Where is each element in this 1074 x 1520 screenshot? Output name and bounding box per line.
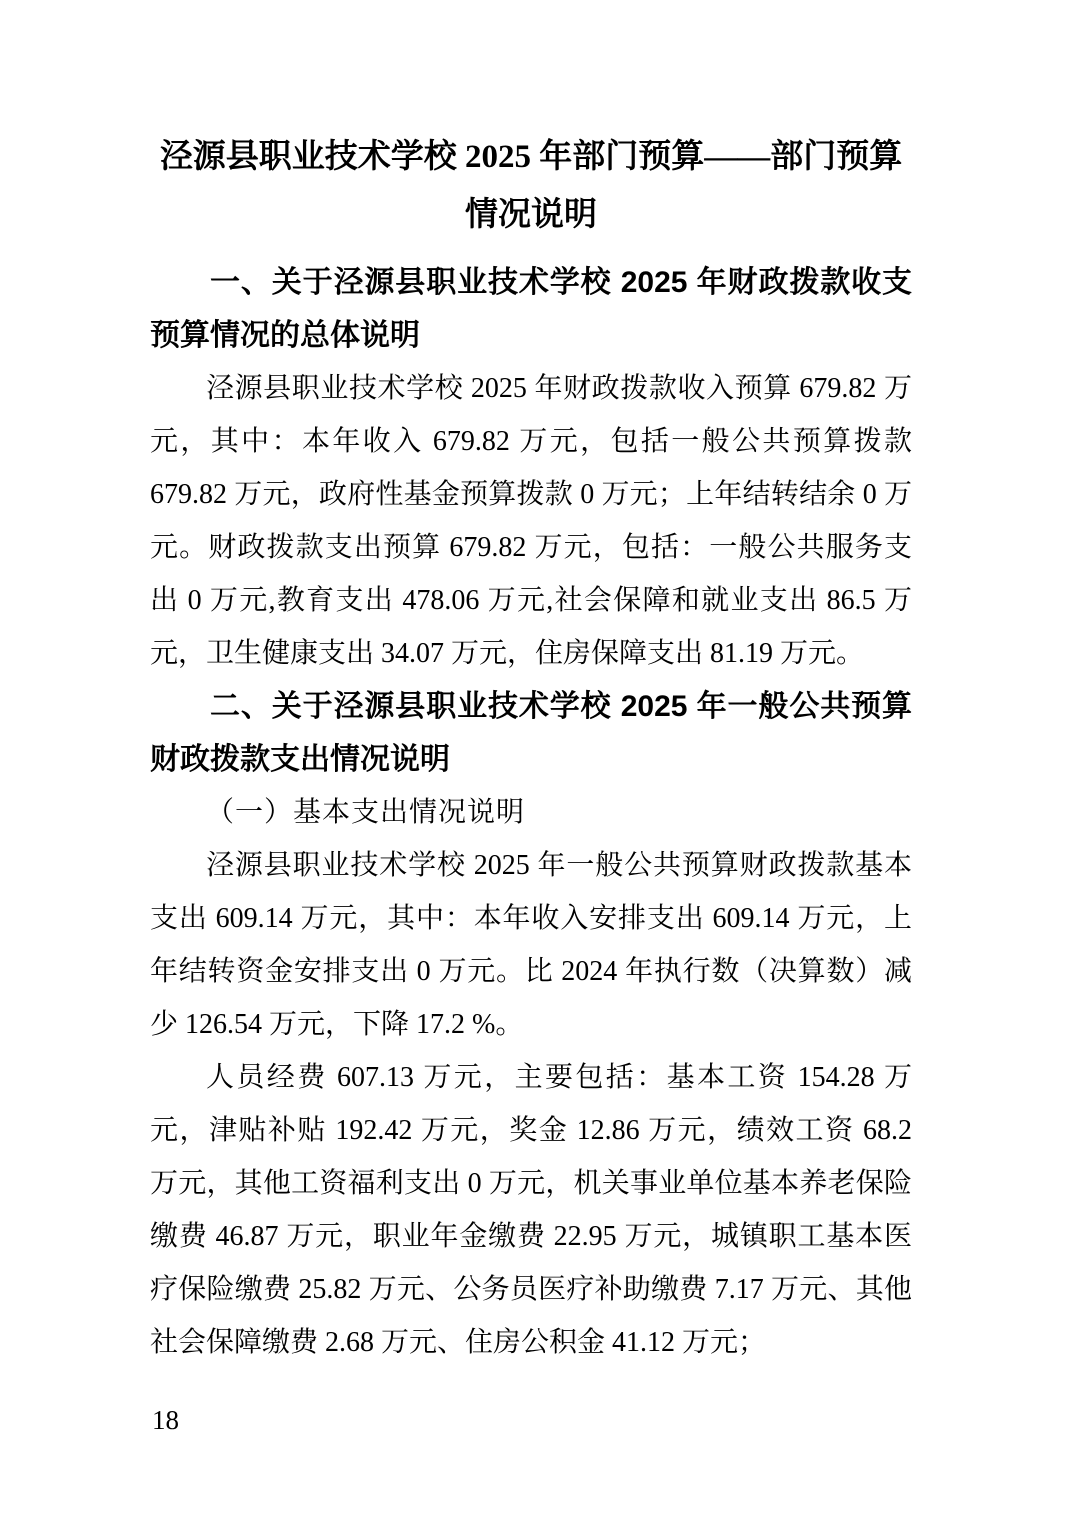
document-title-line-1: 泾源县职业技术学校 2025 年部门预算——部门预算: [150, 128, 912, 186]
document-content: 泾源县职业技术学校 2025 年部门预算——部门预算 情况说明 一、关于泾源县职…: [150, 128, 912, 1369]
section-2-paragraph-2: 人员经费 607.13 万元，主要包括：基本工资 154.28 万元，津贴补贴 …: [150, 1051, 912, 1369]
section-1-paragraph: 泾源县职业技术学校 2025 年财政拨款收入预算 679.82 万元，其中：本年…: [150, 362, 912, 680]
section-1-heading: 一、关于泾源县职业技术学校 2025 年财政拨款收支预算情况的总体说明: [150, 256, 912, 362]
document-title: 泾源县职业技术学校 2025 年部门预算——部门预算 情况说明: [150, 128, 912, 244]
document-title-line-2: 情况说明: [150, 186, 912, 244]
page-number: 18: [152, 1400, 179, 1440]
section-2-paragraph-1: 泾源县职业技术学校 2025 年一般公共预算财政拨款基本支出 609.14 万元…: [150, 839, 912, 1051]
section-2-heading: 二、关于泾源县职业技术学校 2025 年一般公共预算财政拨款支出情况说明: [150, 680, 912, 786]
section-2-subheading: （一）基本支出情况说明: [150, 786, 912, 839]
document-page: 泾源县职业技术学校 2025 年部门预算——部门预算 情况说明 一、关于泾源县职…: [0, 0, 1074, 1520]
